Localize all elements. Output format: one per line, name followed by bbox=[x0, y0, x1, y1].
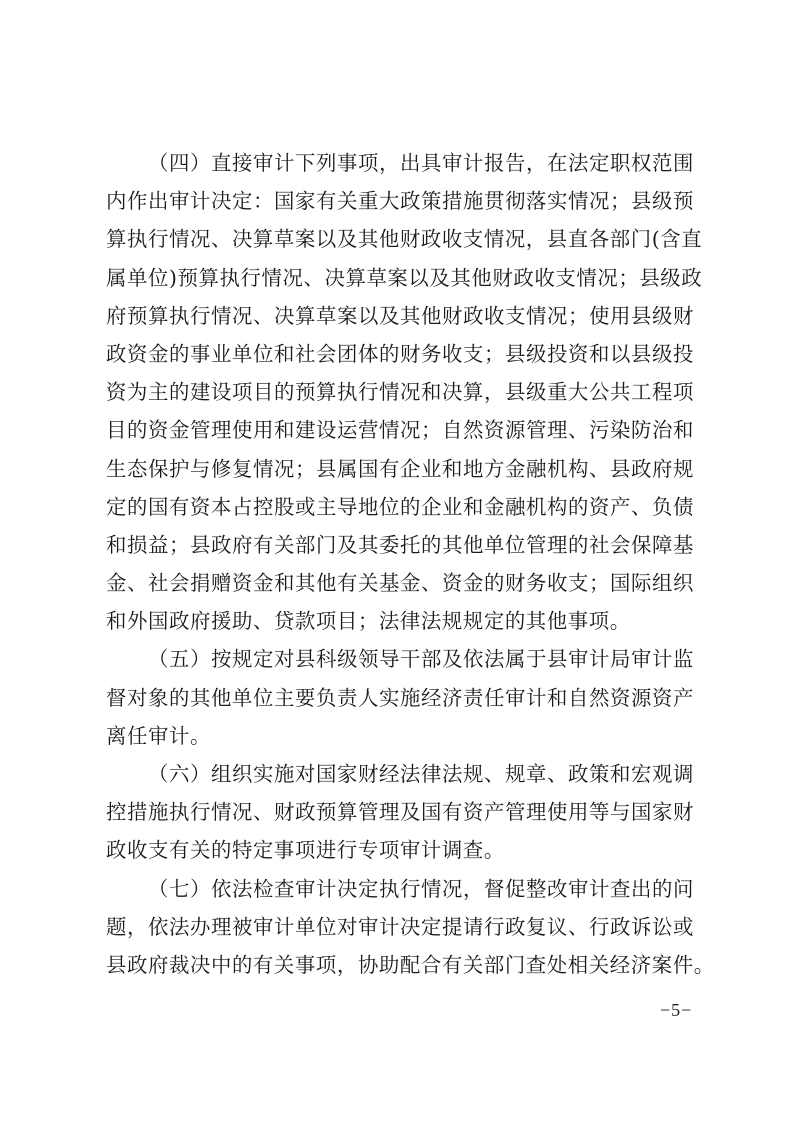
document-page: （四）直接审计下列事项，出具审计报告，在法定职权范围 内作出审计决定：国家有关重… bbox=[0, 0, 793, 1122]
text-line: 督对象的其他单位主要负责人实施经济责任审计和自然资源资产 bbox=[106, 679, 694, 717]
text-line: 目的资金管理使用和建设运营情况；自然资源管理、污染防治和 bbox=[106, 411, 694, 449]
paragraph-item-4: （四）直接审计下列事项，出具审计报告，在法定职权范围 内作出审计决定：国家有关重… bbox=[106, 144, 694, 640]
text-line: 县政府裁决中的有关事项，协助配合有关部门查处相关经济案件。 bbox=[106, 946, 694, 984]
text-line: 题，依法办理被审计单位对审计决定提请行政复议、行政诉讼或 bbox=[106, 908, 694, 946]
text-line: 控措施执行情况、财政预算管理及国有资产管理使用等与国家财 bbox=[106, 793, 694, 831]
text-line: （四）直接审计下列事项，出具审计报告，在法定职权范围 bbox=[106, 144, 694, 182]
text-line: （五）按规定对县科级领导干部及依法属于县审计局审计监 bbox=[106, 640, 694, 678]
text-line: 离任审计。 bbox=[106, 717, 694, 755]
text-line: 府预算执行情况、决算草案以及其他财政收支情况；使用县级财 bbox=[106, 297, 694, 335]
text-line: （六）组织实施对国家财经法律法规、规章、政策和宏观调 bbox=[106, 755, 694, 793]
text-line: 金、社会捐赠资金和其他有关基金、资金的财务收支；国际组织 bbox=[106, 564, 694, 602]
document-body: （四）直接审计下列事项，出具审计报告，在法定职权范围 内作出审计决定：国家有关重… bbox=[106, 144, 694, 984]
paragraph-item-6: （六）组织实施对国家财经法律法规、规章、政策和宏观调 控措施执行情况、财政预算管… bbox=[106, 755, 694, 870]
text-line: 和损益；县政府有关部门及其委托的其他单位管理的社会保障基 bbox=[106, 526, 694, 564]
text-line: 属单位)预算执行情况、决算草案以及其他财政收支情况；县级政 bbox=[106, 259, 694, 297]
text-line: 生态保护与修复情况；县属国有企业和地方金融机构、县政府规 bbox=[106, 450, 694, 488]
text-line: 资为主的建设项目的预算执行情况和决算，县级重大公共工程项 bbox=[106, 373, 694, 411]
text-line: 和外国政府援助、贷款项目；法律法规规定的其他事项。 bbox=[106, 602, 694, 640]
paragraph-item-7: （七）依法检查审计决定执行情况，督促整改审计查出的问 题，依法办理被审计单位对审… bbox=[106, 870, 694, 985]
text-line: 内作出审计决定：国家有关重大政策措施贯彻落实情况；县级预 bbox=[106, 182, 694, 220]
text-line: 定的国有资本占控股或主导地位的企业和金融机构的资产、负债 bbox=[106, 488, 694, 526]
paragraph-item-5: （五）按规定对县科级领导干部及依法属于县审计局审计监 督对象的其他单位主要负责人… bbox=[106, 640, 694, 755]
text-line: 政资金的事业单位和社会团体的财务收支；县级投资和以县级投 bbox=[106, 335, 694, 373]
text-line: 算执行情况、决算草案以及其他财政收支情况，县直各部门(含直 bbox=[106, 220, 694, 258]
text-line: 政收支有关的特定事项进行专项审计调查。 bbox=[106, 831, 694, 869]
page-number: −5− bbox=[660, 1000, 692, 1021]
text-line: （七）依法检查审计决定执行情况，督促整改审计查出的问 bbox=[106, 870, 694, 908]
